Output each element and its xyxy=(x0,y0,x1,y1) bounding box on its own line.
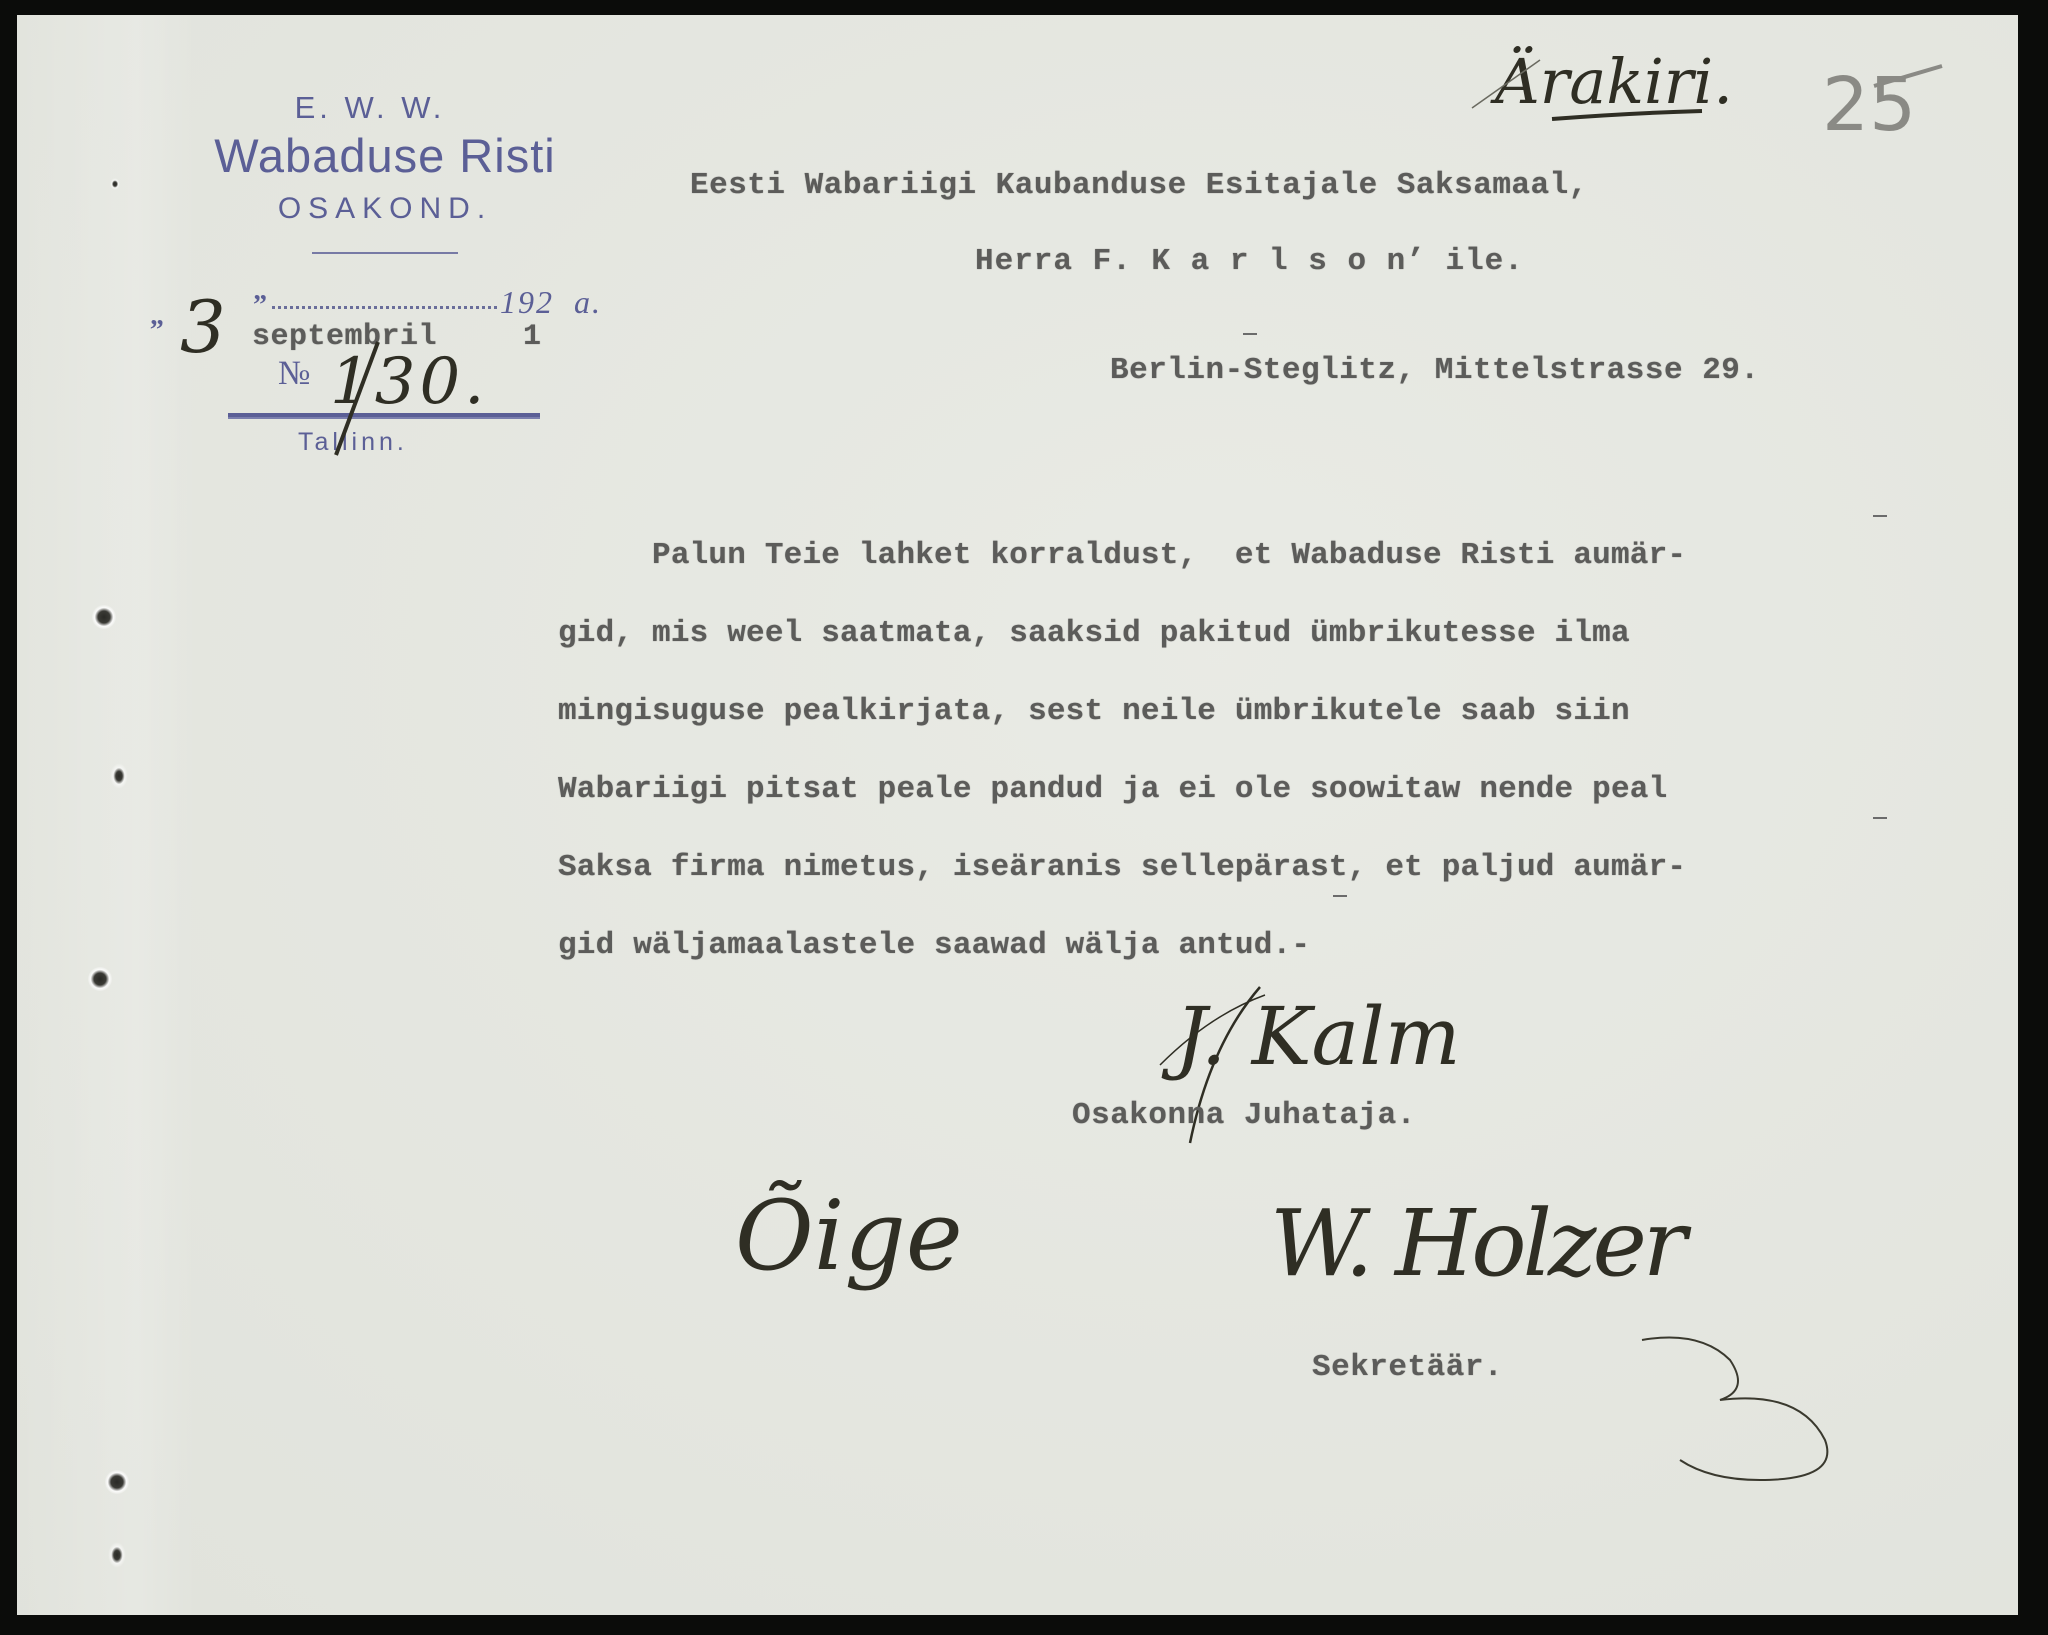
department-head-title: Osakonna Juhataja. xyxy=(1072,1098,1416,1133)
body-line: Saksa firma nimetus, iseäranis sellepära… xyxy=(558,850,1686,885)
separator-dash xyxy=(1243,333,1257,335)
letterhead-department: OSAKOND. xyxy=(235,192,535,226)
secretary-signature: W. Holzer xyxy=(1270,1190,1683,1297)
copy-verified-mark: Õige xyxy=(735,1180,963,1292)
recipient-line-2: Herra F. K a r l s o n’ ile. xyxy=(975,244,1524,279)
body-line: Wabariigi pitsat peale pandud ja ei ole … xyxy=(558,772,1667,807)
number-slash-stroke xyxy=(330,340,390,460)
handwritten-day: 3 xyxy=(180,285,226,369)
page-number-dash xyxy=(1870,62,1950,92)
letterhead-name: Wabaduse Risti xyxy=(165,128,605,183)
typed-year-digit: 1 xyxy=(523,320,542,354)
margin-dash xyxy=(1333,895,1347,897)
body-line: gid wäljamaalastele saawad wälja antud.- xyxy=(558,928,1310,963)
recipient-line-3: Berlin-Steglitz, Mittelstrasse 29. xyxy=(1110,353,1760,388)
year-prefix: 192 a. xyxy=(500,284,602,321)
date-open-quote: „ xyxy=(150,300,164,332)
number-label: № xyxy=(278,355,310,393)
punch-hole xyxy=(108,1542,126,1568)
date-close-quote: ” xyxy=(253,290,267,322)
punch-hole xyxy=(92,605,116,629)
body-line: Palun Teie lahket korraldust, et Wabadus… xyxy=(558,538,1686,573)
secretary-title: Sekretäär. xyxy=(1312,1350,1503,1385)
secretary-signature-flourish xyxy=(1640,1330,1850,1490)
punch-hole xyxy=(110,178,120,190)
punch-hole xyxy=(88,967,112,991)
punch-hole xyxy=(110,763,128,789)
letterhead-abbrev: E. W. W. xyxy=(290,90,450,126)
letterhead-divider xyxy=(312,252,458,254)
margin-dash xyxy=(1873,817,1887,819)
body-line: mingisuguse pealkirjata, sest neile ümbr… xyxy=(558,694,1630,729)
date-dotted-line xyxy=(272,292,497,309)
body-line: gid, mis weel saatmata, saaksid pakitud … xyxy=(558,616,1630,651)
punch-hole xyxy=(105,1470,129,1494)
recipient-line-1: Eesti Wabariigi Kaubanduse Esitajale Sak… xyxy=(690,168,1588,203)
margin-dash xyxy=(1873,515,1887,517)
note-strike-stroke xyxy=(1470,50,1610,110)
